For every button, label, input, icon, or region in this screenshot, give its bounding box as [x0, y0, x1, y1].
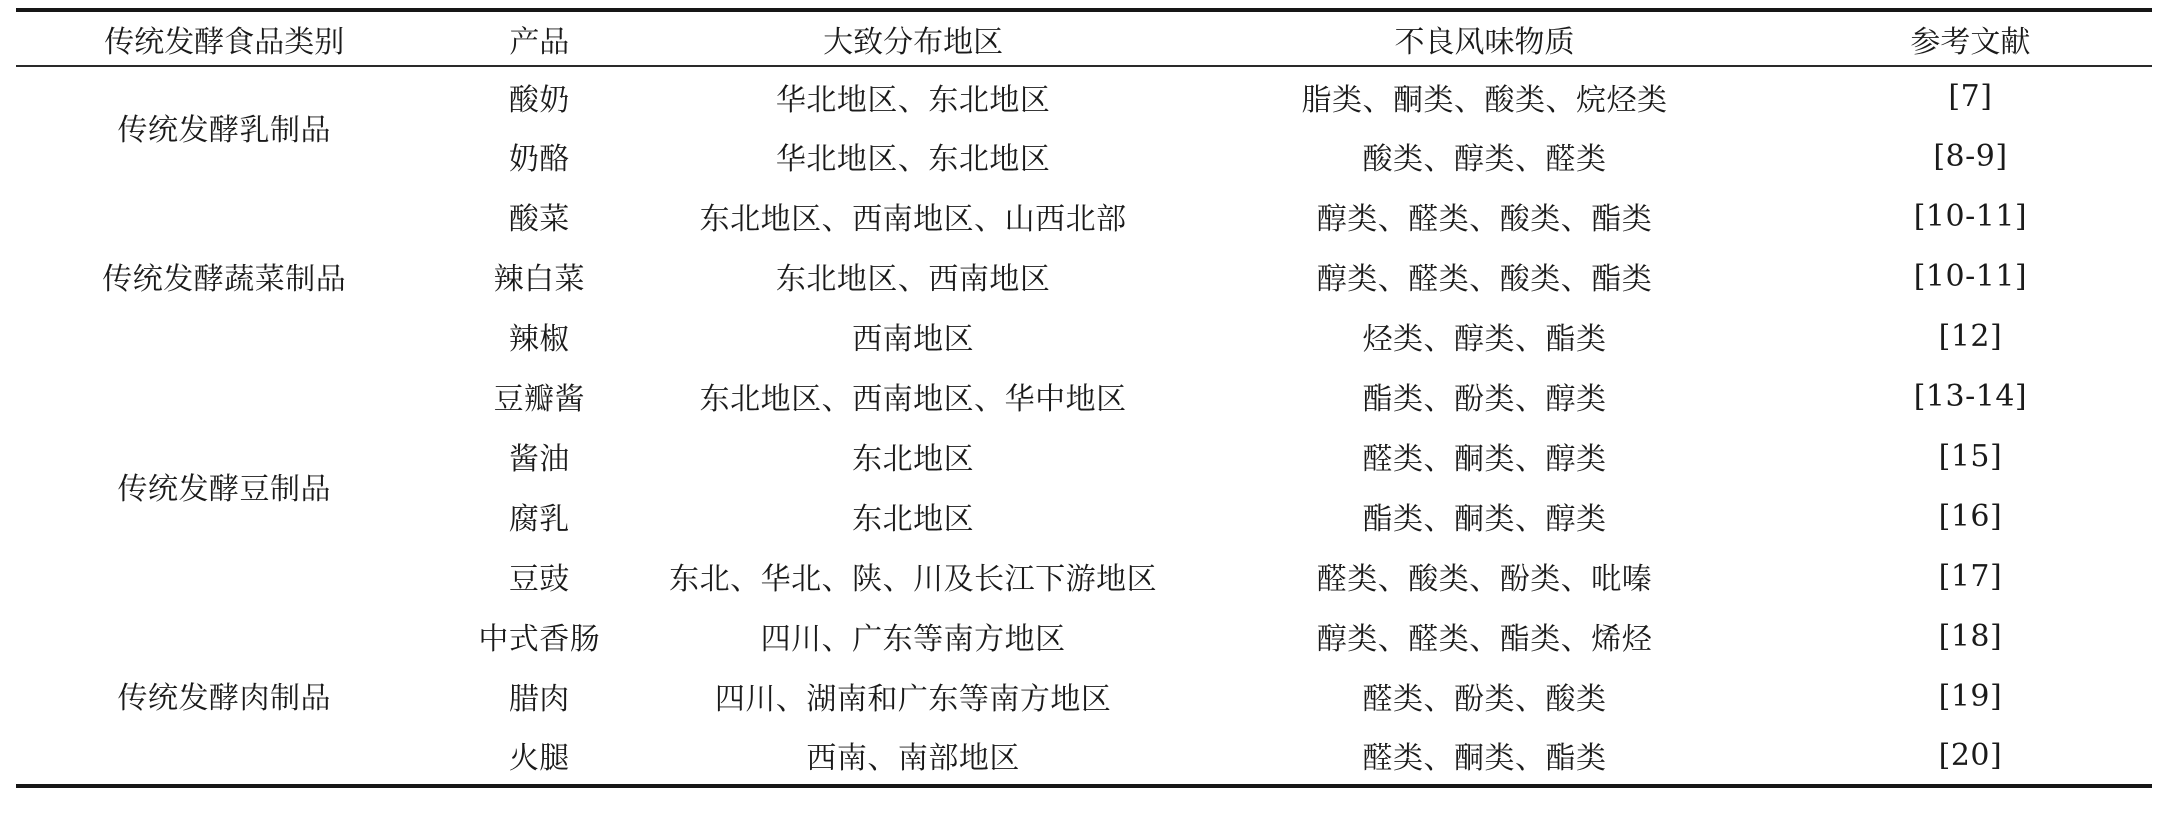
product-cell: 酱油: [433, 426, 647, 486]
region-cell: 东北地区、西南地区: [646, 246, 1180, 306]
product-cell: 腊肉: [433, 666, 647, 726]
region-cell: 四川、广东等南方地区: [646, 606, 1180, 666]
flavors-cell: 醛类、酮类、酯类: [1180, 726, 1789, 786]
flavors-cell: 醛类、酮类、醇类: [1180, 426, 1789, 486]
product-cell: 辣椒: [433, 306, 647, 366]
reference-cell: [12]: [1789, 306, 2152, 366]
reference-cell: [19]: [1789, 666, 2152, 726]
product-cell: 辣白菜: [433, 246, 647, 306]
column-header-category: 传统发酵食品类别: [16, 10, 433, 66]
reference-cell: [10-11]: [1789, 246, 2152, 306]
region-cell: 西南、南部地区: [646, 726, 1180, 786]
product-cell: 酸奶: [433, 66, 647, 126]
reference-cell: [17]: [1789, 546, 2152, 606]
product-cell: 火腿: [433, 726, 647, 786]
region-cell: 华北地区、东北地区: [646, 66, 1180, 126]
reference-cell: [18]: [1789, 606, 2152, 666]
table-header-row: 传统发酵食品类别 产品 大致分布地区 不良风味物质 参考文献: [16, 10, 2152, 66]
reference-cell: [7]: [1789, 66, 2152, 126]
product-cell: 腐乳: [433, 486, 647, 546]
table-row: 传统发酵乳制品酸奶华北地区、东北地区脂类、酮类、酸类、烷烃类[7]: [16, 66, 2152, 126]
flavors-cell: 烃类、醇类、酯类: [1180, 306, 1789, 366]
flavors-cell: 醇类、醛类、酸类、酯类: [1180, 246, 1789, 306]
region-cell: 东北地区、西南地区、山西北部: [646, 186, 1180, 246]
reference-cell: [13-14]: [1789, 366, 2152, 426]
fermented-foods-table: 传统发酵食品类别 产品 大致分布地区 不良风味物质 参考文献 传统发酵乳制品酸奶…: [16, 8, 2152, 788]
reference-cell: [15]: [1789, 426, 2152, 486]
region-cell: 东北地区、西南地区、华中地区: [646, 366, 1180, 426]
product-cell: 酸菜: [433, 186, 647, 246]
reference-cell: [20]: [1789, 726, 2152, 786]
product-cell: 豆豉: [433, 546, 647, 606]
category-cell: 传统发酵豆制品: [16, 366, 433, 606]
fermented-foods-table-container: 传统发酵食品类别 产品 大致分布地区 不良风味物质 参考文献 传统发酵乳制品酸奶…: [16, 8, 2152, 788]
flavors-cell: 醇类、醛类、酸类、酯类: [1180, 186, 1789, 246]
region-cell: 东北地区: [646, 486, 1180, 546]
flavors-cell: 醛类、酚类、酸类: [1180, 666, 1789, 726]
flavors-cell: 醇类、醛类、酯类、烯烃: [1180, 606, 1789, 666]
region-cell: 西南地区: [646, 306, 1180, 366]
column-header-product: 产品: [433, 10, 647, 66]
flavors-cell: 脂类、酮类、酸类、烷烃类: [1180, 66, 1789, 126]
region-cell: 四川、湖南和广东等南方地区: [646, 666, 1180, 726]
product-cell: 豆瓣酱: [433, 366, 647, 426]
column-header-region: 大致分布地区: [646, 10, 1180, 66]
column-header-flavor: 不良风味物质: [1180, 10, 1789, 66]
flavors-cell: 酸类、醇类、醛类: [1180, 126, 1789, 186]
table-body: 传统发酵乳制品酸奶华北地区、东北地区脂类、酮类、酸类、烷烃类[7]奶酪华北地区、…: [16, 66, 2152, 786]
region-cell: 华北地区、东北地区: [646, 126, 1180, 186]
region-cell: 东北地区: [646, 426, 1180, 486]
product-cell: 中式香肠: [433, 606, 647, 666]
flavors-cell: 醛类、酸类、酚类、吡嗪: [1180, 546, 1789, 606]
table-row: 传统发酵豆制品豆瓣酱东北地区、西南地区、华中地区酯类、酚类、醇类[13-14]: [16, 366, 2152, 426]
table-row: 传统发酵肉制品中式香肠四川、广东等南方地区醇类、醛类、酯类、烯烃[18]: [16, 606, 2152, 666]
category-cell: 传统发酵乳制品: [16, 66, 433, 186]
reference-cell: [10-11]: [1789, 186, 2152, 246]
flavors-cell: 酯类、酚类、醇类: [1180, 366, 1789, 426]
category-cell: 传统发酵肉制品: [16, 606, 433, 786]
table-row: 传统发酵蔬菜制品酸菜东北地区、西南地区、山西北部醇类、醛类、酸类、酯类[10-1…: [16, 186, 2152, 246]
product-cell: 奶酪: [433, 126, 647, 186]
region-cell: 东北、华北、陕、川及长江下游地区: [646, 546, 1180, 606]
column-header-reference: 参考文献: [1789, 10, 2152, 66]
category-cell: 传统发酵蔬菜制品: [16, 186, 433, 366]
reference-cell: [8-9]: [1789, 126, 2152, 186]
reference-cell: [16]: [1789, 486, 2152, 546]
flavors-cell: 酯类、酮类、醇类: [1180, 486, 1789, 546]
